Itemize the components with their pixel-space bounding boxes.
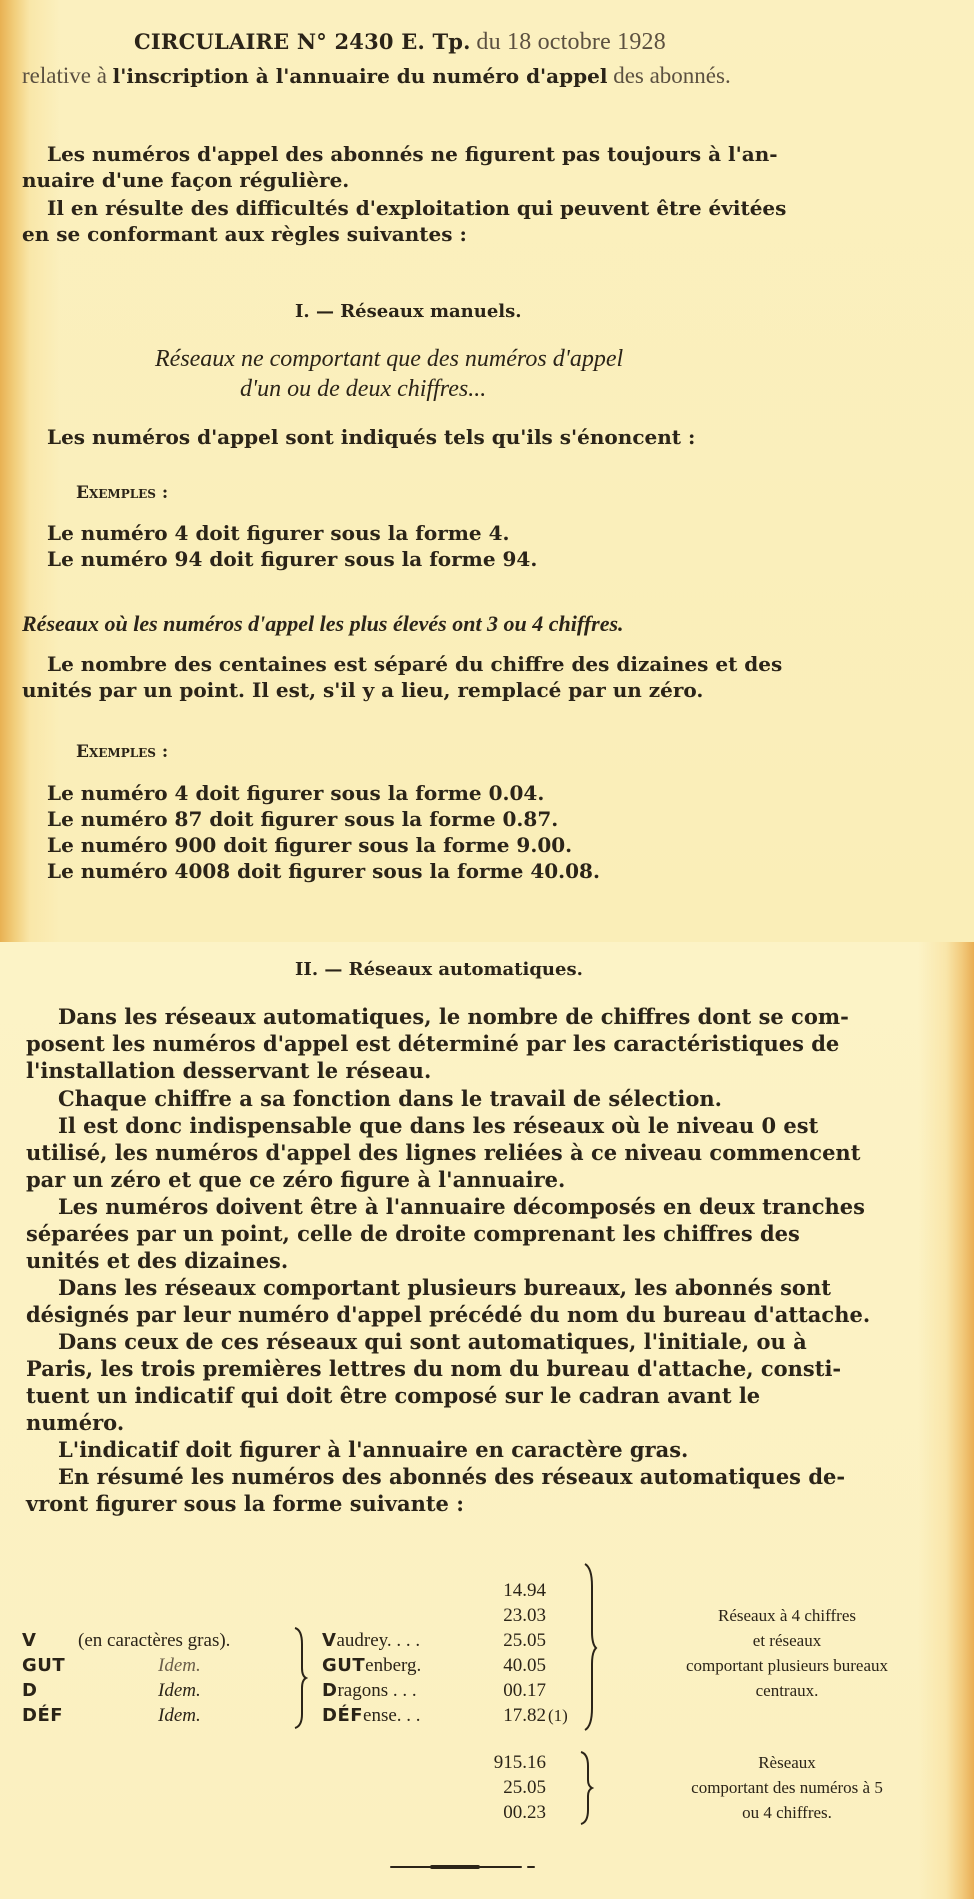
section-2-line: posent les numéros d'appel est déterminé…	[26, 1030, 839, 1058]
section-1-text: Les numéros d'appel sont indiqués tels q…	[47, 423, 695, 451]
section-2-line: désignés par leur numéro d'appel précédé…	[26, 1301, 870, 1329]
phone-number: 25.05	[460, 1775, 546, 1800]
section-2-line: Dans les réseaux automatiques, le nombre…	[58, 1003, 849, 1031]
indicatif-note: Idem.	[158, 1653, 201, 1678]
section-2-line: Il est donc indispensable que dans les r…	[58, 1112, 818, 1140]
section-2-heading: II. — Réseaux automatiques.	[295, 956, 583, 984]
indicatif-code: DÉF	[22, 1703, 63, 1728]
intro-line: en se conformant aux règles suivantes :	[22, 220, 467, 248]
brace-icon	[578, 1750, 594, 1826]
section-2-line: tuent un indicatif qui doit être composé…	[26, 1382, 760, 1410]
section-1-text: unités par un point. Il est, s'il y a li…	[22, 676, 703, 704]
indicatif-note: Idem.	[158, 1703, 201, 1728]
group-description: Rèseaux	[612, 1750, 962, 1775]
group-description: centraux.	[612, 1678, 962, 1703]
circular-title: CIRCULAIRE N° 2430 E. Tp. du 18 octobre …	[134, 28, 666, 56]
section-2-line: L'indicatif doit figurer à l'annuaire en…	[58, 1436, 688, 1464]
brace-icon	[582, 1562, 598, 1732]
bureau-name: Dragons . . .	[322, 1678, 417, 1703]
examples-label: Exemples :	[76, 479, 168, 507]
bureau-name: GUTenberg.	[322, 1653, 421, 1678]
section-1-subheading-2: Réseaux où les numéros d'appel les plus …	[22, 610, 624, 638]
group-description: comportant des numéros à 5	[612, 1775, 962, 1800]
phone-number: 40.05	[460, 1653, 546, 1678]
section-2-line: Les numéros doivent être à l'annuaire dé…	[58, 1193, 865, 1221]
section-2-line: séparées par un point, celle de droite c…	[26, 1220, 800, 1248]
section-1-heading: I. — Réseaux manuels.	[295, 298, 522, 326]
indicatif-code: GUT	[22, 1653, 65, 1678]
bureau-name: DÉFense. . .	[322, 1703, 421, 1728]
phone-number: 17.82	[460, 1703, 546, 1728]
phone-number: 23.03	[460, 1603, 546, 1628]
indicatif-code: V	[22, 1628, 36, 1653]
section-2-line: utilisé, les numéros d'appel des lignes …	[26, 1139, 860, 1167]
intro-line: nuaire d'une façon régulière.	[22, 166, 349, 194]
circular-date: du 18 octobre 1928	[476, 29, 666, 55]
group-description: comportant plusieurs bureaux	[612, 1653, 962, 1678]
example-line: Le numéro 87 doit figurer sous la forme …	[47, 805, 558, 833]
closing-rule-dot	[527, 1866, 535, 1868]
group-description: ou 4 chiffres.	[612, 1800, 962, 1825]
phone-number: 25.05	[460, 1628, 546, 1653]
section-2-line: Dans les réseaux comportant plusieurs bu…	[58, 1274, 831, 1302]
phone-number: 14.94	[460, 1578, 546, 1603]
example-line: Le numéro 4 doit figurer sous la forme 0…	[47, 779, 544, 807]
section-2-line: numéro.	[26, 1409, 124, 1437]
circular-number: CIRCULAIRE N° 2430 E. Tp.	[134, 29, 471, 54]
phone-number: 00.23	[460, 1800, 546, 1825]
phone-number: 00.17	[460, 1678, 546, 1703]
phone-number: 915.16	[460, 1750, 546, 1775]
group-description: et réseaux	[612, 1628, 962, 1653]
section-2-line: vront figurer sous la forme suivante :	[26, 1490, 464, 1518]
example-line: Le numéro 4 doit figurer sous la forme 4…	[47, 519, 509, 547]
indicatif-note: (en caractères gras).	[78, 1628, 230, 1653]
indicatif-note: Idem.	[158, 1678, 201, 1703]
section-1-text: Le nombre des centaines est séparé du ch…	[47, 650, 782, 678]
examples-label: Exemples :	[76, 738, 168, 766]
brace-icon	[292, 1626, 308, 1730]
group-description: Réseaux à 4 chiffres	[612, 1603, 962, 1628]
indicatif-code: D	[22, 1678, 37, 1703]
example-line: Le numéro 900 doit figurer sous la forme…	[47, 831, 572, 859]
example-line: Le numéro 94 doit figurer sous la forme …	[47, 545, 537, 573]
section-1-subheading: d'un ou de deux chiffres...	[240, 375, 486, 403]
closing-rule-thick	[430, 1865, 480, 1869]
section-2-line: unités et des dizaines.	[26, 1247, 288, 1275]
section-1-subheading: Réseaux ne comportant que des numéros d'…	[155, 345, 623, 373]
example-line: Le numéro 4008 doit figurer sous la form…	[47, 857, 600, 885]
section-2-line: par un zéro et que ce zéro figure à l'an…	[26, 1166, 565, 1194]
intro-line: Il en résulte des difficultés d'exploita…	[47, 194, 786, 222]
section-2-line: Dans ceux de ces réseaux qui sont automa…	[58, 1328, 807, 1356]
section-2-line: Paris, les trois premières lettres du no…	[26, 1355, 841, 1383]
bureau-name: Vaudrey. . . .	[322, 1628, 420, 1653]
footnote-mark: (1)	[548, 1703, 568, 1728]
intro-line: Les numéros d'appel des abonnés ne figur…	[47, 140, 778, 168]
section-2-line: Chaque chiffre a sa fonction dans le tra…	[58, 1085, 722, 1113]
section-2-line: l'installation desservant le réseau.	[26, 1057, 431, 1085]
circular-subtitle: relative à l'inscription à l'annuaire du…	[22, 62, 731, 90]
section-2-line: En résumé les numéros des abonnés des ré…	[58, 1463, 845, 1491]
